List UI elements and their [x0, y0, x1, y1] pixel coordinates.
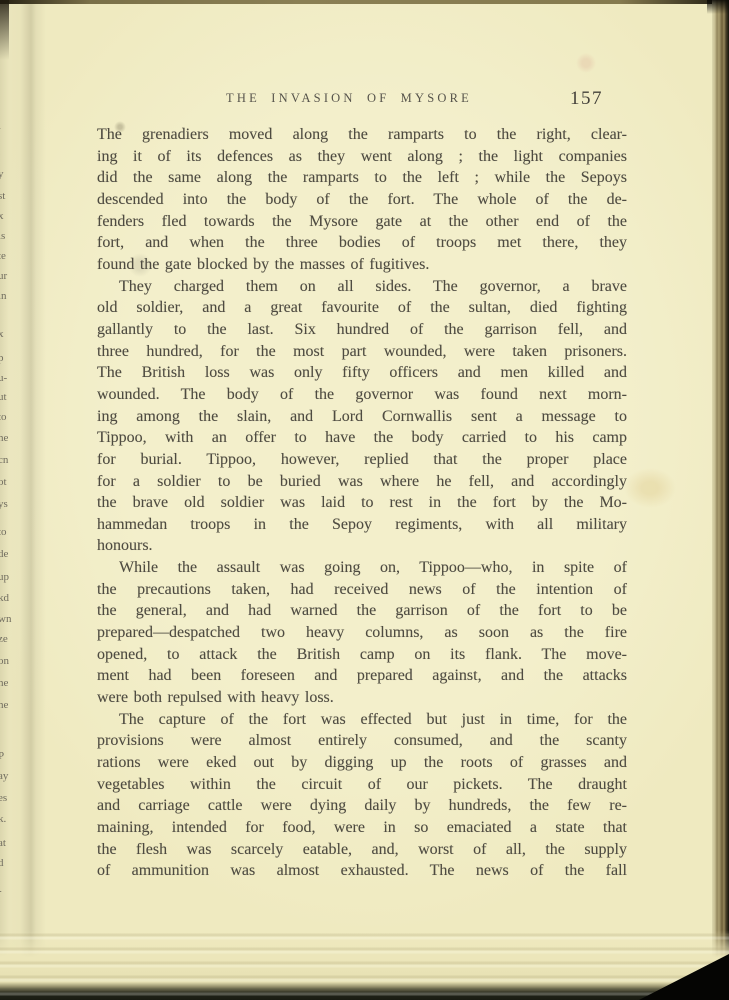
top-left-shadow: [0, 0, 9, 60]
text-line: for a soldier to be buried was where he …: [97, 471, 627, 493]
text-line: wounded. The body of the governor was fo…: [97, 384, 627, 406]
bottom-page-edges: [0, 930, 729, 1000]
text-line: did the same along the ramparts to the l…: [97, 167, 627, 189]
facing-page-text-fragment: y: [0, 168, 12, 180]
text-line: fenders fled towards the Mysore gate at …: [97, 211, 627, 233]
facing-page-text-fragment: ys: [0, 498, 12, 510]
body-text: The grenadiers moved along the ramparts …: [97, 124, 627, 882]
facing-page-text-fragment: es: [0, 792, 12, 804]
text-line: the brave old soldier was laid to rest i…: [97, 492, 627, 514]
facing-page-text-fragment: ze: [0, 633, 12, 645]
text-line: ing it of its defences as they went alon…: [97, 146, 627, 168]
facing-page-text-fragment: ut: [0, 391, 12, 403]
text-line: The grenadiers moved along the ramparts …: [97, 124, 627, 146]
facing-page-text-fragment: wn: [0, 613, 12, 625]
text-line: three hundred, for the most part wounded…: [97, 341, 627, 363]
facing-page-text-fragment: st: [0, 190, 12, 202]
facing-page-text-fragment: ,: [0, 146, 12, 158]
text-line: The capture of the fort was effected but…: [97, 709, 627, 731]
facing-page-text-fragment: x: [0, 328, 12, 340]
top-right-shadow: [707, 0, 729, 14]
facing-page-text-fragment: in: [0, 290, 12, 302]
facing-page-text-fragment: at: [0, 837, 12, 849]
text-line: the precautions taken, had received news…: [97, 579, 627, 601]
text-line: The British loss was only fifty officers…: [97, 362, 627, 384]
facing-page-text-fragment: l: [0, 120, 12, 132]
facing-page-text-fragment: ot: [0, 476, 12, 488]
facing-page-text-fragment: to: [0, 526, 12, 538]
text-line: hammedan troops in the Sepoy regiments, …: [97, 514, 627, 536]
facing-page-text-fragment: is: [0, 230, 12, 242]
facing-page-text-fragment: he: [0, 677, 12, 689]
text-line: old soldier, and a great favourite of th…: [97, 297, 627, 319]
text-line: vegetables within the circuit of our pic…: [97, 774, 627, 796]
text-line: for burial. Tippoo, however, replied tha…: [97, 449, 627, 471]
facing-page-text-fragment: x: [0, 210, 12, 222]
facing-page-text-fragment: p: [0, 352, 12, 364]
page-number: 157: [570, 88, 603, 110]
facing-page-text-fragment: he: [0, 699, 12, 711]
paragraphs: The grenadiers moved along the ramparts …: [97, 124, 627, 882]
paragraph: While the assault was going on, Tippoo—w…: [97, 557, 627, 709]
text-line: were both repulsed with heavy loss.: [97, 687, 627, 709]
facing-page-text-fragment: te: [0, 250, 12, 262]
book-cover-edge: [712, 0, 729, 1000]
text-line: rations were eked out by digging up the …: [97, 752, 627, 774]
facing-page-text-fragment: P: [0, 750, 12, 762]
facing-page-text-fragment: ur: [0, 270, 12, 282]
text-line: They charged them on all sides. The gove…: [97, 276, 627, 298]
facing-page-text-fragment: ay: [0, 770, 12, 782]
facing-page-text-fragment: k.: [0, 813, 12, 825]
text-line: ing among the slain, and Lord Cornwallis…: [97, 406, 627, 428]
text-line: found the gate blocked by the masses of …: [97, 254, 627, 276]
book-top-edge: [0, 0, 729, 4]
book-page: THE INVASION OF MYSORE 157 The grenadier…: [0, 3, 716, 990]
text-line: descended into the body of the fort. The…: [97, 189, 627, 211]
facing-page-text-fragment: to: [0, 411, 12, 423]
facing-page-text-fragment: he: [0, 432, 12, 444]
facing-page-text-fragment: up: [0, 571, 12, 583]
running-title: THE INVASION OF MYSORE: [84, 91, 614, 106]
facing-page-text-fragment: -: [0, 885, 12, 897]
text-line: of ammunition was almost exhausted. The …: [97, 860, 627, 882]
facing-page-text-fragment: de: [0, 548, 12, 560]
text-line: gallantly to the last. Six hundred of th…: [97, 319, 627, 341]
facing-page-text-fragment: kd: [0, 592, 12, 604]
paragraph: The grenadiers moved along the ramparts …: [97, 124, 627, 276]
facing-page-text-fragment: u-: [0, 372, 12, 384]
book-scan: THE INVASION OF MYSORE 157 The grenadier…: [0, 0, 729, 1000]
page-header: THE INVASION OF MYSORE 157: [97, 91, 627, 115]
facing-page-text-fragment: d: [0, 857, 12, 869]
text-line: opened, to attack the British camp on it…: [97, 644, 627, 666]
facing-page-text-fragment: cn: [0, 454, 12, 466]
text-line: maining, intended for food, were in so e…: [97, 817, 627, 839]
text-line: the general, and had warned the garrison…: [97, 600, 627, 622]
text-line: ment had been foreseen and prepared agai…: [97, 665, 627, 687]
text-line: prepared—despatched two heavy columns, a…: [97, 622, 627, 644]
text-line: fort, and when the three bodies of troop…: [97, 232, 627, 254]
text-line: Tippoo, with an offer to have the body c…: [97, 427, 627, 449]
text-line: honours.: [97, 535, 627, 557]
text-line: While the assault was going on, Tippoo—w…: [97, 557, 627, 579]
book-gutter: l,ystxisteurinxpu-uttohecnotystodeupkdwn…: [0, 0, 46, 1000]
text-line: provisions were almost entirely consumed…: [97, 730, 627, 752]
text-line: and carriage cattle were dying daily by …: [97, 795, 627, 817]
paragraph: The capture of the fort was effected but…: [97, 709, 627, 882]
paragraph: They charged them on all sides. The gove…: [97, 276, 627, 558]
text-line: the flesh was scarcely eatable, and, wor…: [97, 839, 627, 861]
facing-page-text-fragment: on: [0, 655, 12, 667]
